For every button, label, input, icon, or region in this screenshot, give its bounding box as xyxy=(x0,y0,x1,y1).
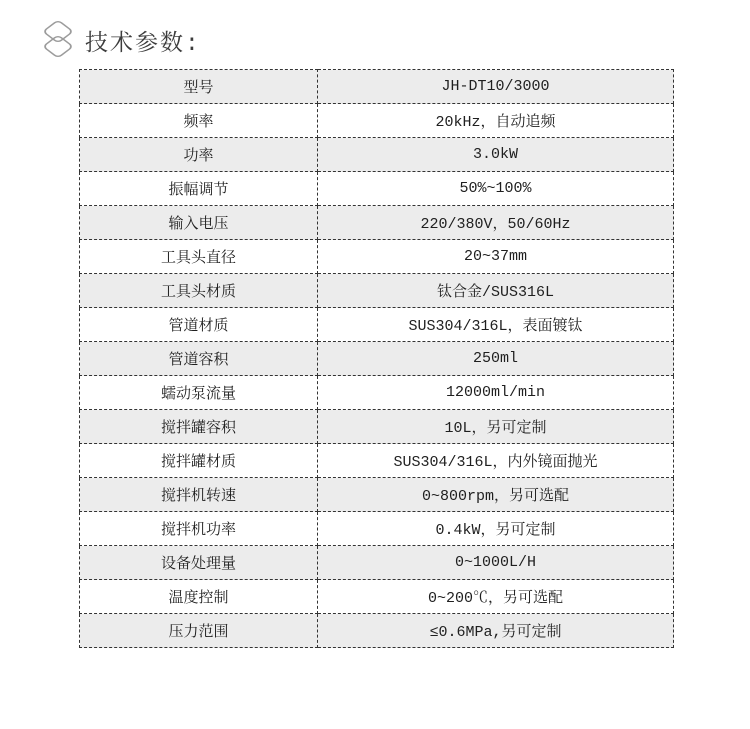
spec-label-cell: 频率 xyxy=(80,104,318,138)
table-row: 工具头直径 20~37mm xyxy=(80,240,674,274)
spec-label-cell: 设备处理量 xyxy=(80,546,318,580)
spec-value-cell: ≤0.6MPa,另可定制 xyxy=(318,614,674,648)
spec-value-cell: SUS304/316L，表面镀钛 xyxy=(318,308,674,342)
spec-label-cell: 功率 xyxy=(80,138,318,172)
spec-value-cell: 250ml xyxy=(318,342,674,376)
spec-label-cell: 管道容积 xyxy=(80,342,318,376)
table-row: 管道材质 SUS304/316L，表面镀钛 xyxy=(80,308,674,342)
double-diamond-icon xyxy=(38,18,78,62)
spec-value-cell: JH-DT10/3000 xyxy=(318,70,674,104)
table-row: 温度控制 0~200℃，另可选配 xyxy=(80,580,674,614)
table-row: 工具头材质 钛合金/SUS316L xyxy=(80,274,674,308)
table-row: 振幅调节 50%~100% xyxy=(80,172,674,206)
table-row: 搅拌机转速 0~800rpm，另可选配 xyxy=(80,478,674,512)
spec-value-cell: 0.4kW，另可定制 xyxy=(318,512,674,546)
page: { "header": { "title": "技术参数:", "icon": … xyxy=(0,0,750,729)
spec-label-cell: 搅拌罐容积 xyxy=(80,410,318,444)
spec-label-cell: 搅拌机功率 xyxy=(80,512,318,546)
table-row: 搅拌罐容积 10L，另可定制 xyxy=(80,410,674,444)
spec-label-cell: 管道材质 xyxy=(80,308,318,342)
spec-value-cell: 0~1000L/H xyxy=(318,546,674,580)
spec-value-cell: 0~800rpm，另可选配 xyxy=(318,478,674,512)
spec-value-cell: 20~37mm xyxy=(318,240,674,274)
page-title: 技术参数: xyxy=(85,24,201,57)
table-row: 设备处理量 0~1000L/H xyxy=(80,546,674,580)
table-row: 蠕动泵流量 12000ml/min xyxy=(80,376,674,410)
spec-value-cell: 50%~100% xyxy=(318,172,674,206)
spec-label-cell: 温度控制 xyxy=(80,580,318,614)
table-row: 压力范围 ≤0.6MPa,另可定制 xyxy=(80,614,674,648)
table-row: 频率 20kHz，自动追频 xyxy=(80,104,674,138)
table-row: 搅拌罐材质 SUS304/316L，内外镜面抛光 xyxy=(80,444,674,478)
spec-label-cell: 压力范围 xyxy=(80,614,318,648)
table-row: 搅拌机功率 0.4kW，另可定制 xyxy=(80,512,674,546)
spec-table: 型号 JH-DT10/3000 频率 20kHz，自动追频 功率 3.0kW 振… xyxy=(79,69,674,648)
table-row: 管道容积 250ml xyxy=(80,342,674,376)
spec-value-cell: 钛合金/SUS316L xyxy=(318,274,674,308)
spec-value-cell: SUS304/316L，内外镜面抛光 xyxy=(318,444,674,478)
spec-label-cell: 工具头直径 xyxy=(80,240,318,274)
spec-value-cell: 12000ml/min xyxy=(318,376,674,410)
spec-label-cell: 工具头材质 xyxy=(80,274,318,308)
spec-value-cell: 10L，另可定制 xyxy=(318,410,674,444)
spec-label-cell: 输入电压 xyxy=(80,206,318,240)
table-row: 输入电压 220/380V，50/60Hz xyxy=(80,206,674,240)
spec-label-cell: 型号 xyxy=(80,70,318,104)
spec-value-cell: 20kHz，自动追频 xyxy=(318,104,674,138)
spec-value-cell: 220/380V，50/60Hz xyxy=(318,206,674,240)
table-row: 功率 3.0kW xyxy=(80,138,674,172)
spec-value-cell: 0~200℃，另可选配 xyxy=(318,580,674,614)
table-row: 型号 JH-DT10/3000 xyxy=(80,70,674,104)
spec-value-cell: 3.0kW xyxy=(318,138,674,172)
spec-label-cell: 搅拌机转速 xyxy=(80,478,318,512)
page-header: 技术参数: xyxy=(38,18,750,62)
spec-label-cell: 蠕动泵流量 xyxy=(80,376,318,410)
spec-label-cell: 搅拌罐材质 xyxy=(80,444,318,478)
spec-label-cell: 振幅调节 xyxy=(80,172,318,206)
